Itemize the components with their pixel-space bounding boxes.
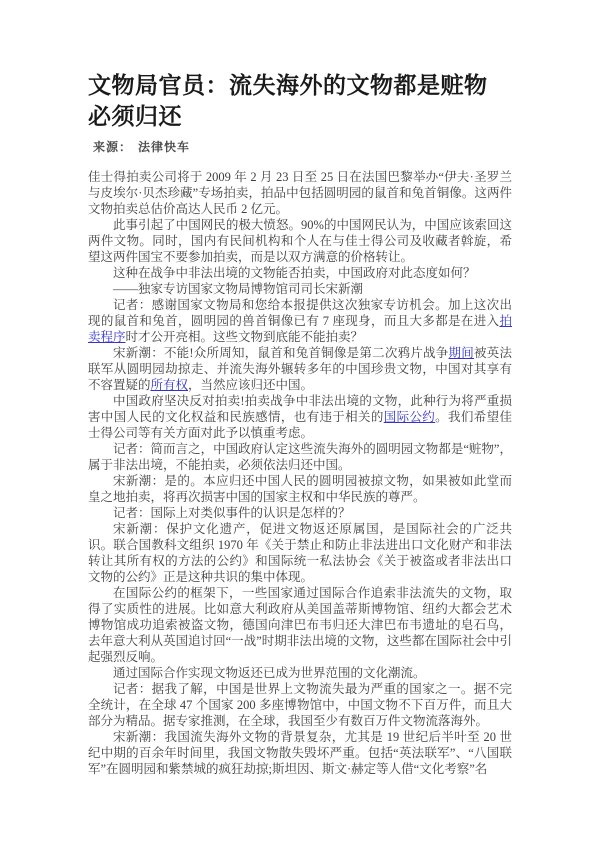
inline-link[interactable]: 所有权 <box>151 378 189 392</box>
paragraph: 宋新潮：不能!众所周知，鼠首和兔首铜像是第二次鸦片战争期间被英法联军从圆明园劫掠… <box>88 345 512 393</box>
paragraph: 记者：国际上对类似事件的认识是怎样的？ <box>88 505 512 521</box>
paragraph: 这种在战争中非法出境的文物能否拍卖，中国政府对此态度如何？ <box>88 265 512 281</box>
source-name: 法律快车 <box>138 140 190 154</box>
paragraph: 宋新潮：我国流失海外文物的背景复杂，尤其是 19 世纪后半叶至 20 世纪中期的… <box>88 729 512 777</box>
paragraph: 通过国际合作实现文物返还已成为世界范围的文化潮流。 <box>88 665 512 681</box>
text-segment: 时才公开亮相。这些文物到底能不能拍卖？ <box>126 330 364 344</box>
paragraph: 记者：感谢国家文物局和您给本报提供这次独家专访机会。加上这次出现的鼠首和兔首，圆… <box>88 297 512 345</box>
paragraph: 宋新潮：保护文化遗产，促进文物返还原属国，是国际社会的广泛共识。联合国教科文组织… <box>88 521 512 585</box>
text-segment: ，当然应该归还中国。 <box>188 378 313 392</box>
source-label: 来源： <box>93 140 132 154</box>
paragraph: 中国政府坚决反对拍卖!拍卖战争中非法出境的文物，此种行为将严重损害中国人民的文化… <box>88 393 512 441</box>
text-segment: 记者：据我了解，中国是世界上文物流失最为严重的国家之一。据不完全统计，在全球 4… <box>88 682 512 728</box>
text-segment: 这种在战争中非法出境的文物能否拍卖，中国政府对此态度如何？ <box>113 266 476 280</box>
article-content: 文物局官员：流失海外的文物都是赃物 必须归还 来源：法律快车 佳士得拍卖公司将于… <box>88 70 512 777</box>
document-page: 文物局官员：流失海外的文物都是赃物 必须归还 来源：法律快车 佳士得拍卖公司将于… <box>0 0 595 842</box>
inline-link[interactable]: 期间 <box>449 346 474 360</box>
page-title-line-2: 必须归还 <box>88 101 512 132</box>
paragraph: 记者：据我了解，中国是世界上文物流失最为严重的国家之一。据不完全统计，在全球 4… <box>88 681 512 729</box>
text-segment: ——独家专访国家文物局博物馆司司长宋新潮 <box>113 282 363 296</box>
paragraph: 此事引起了中国网民的极大愤怒。90%的中国网民认为，中国应该索回这两件文物。同时… <box>88 217 512 265</box>
text-segment: 记者：感谢国家文物局和您给本报提供这次独家专访机会。加上这次出现的鼠首和兔首，圆… <box>88 298 512 328</box>
paragraph: 佳士得拍卖公司将于 2009 年 2 月 23 日至 25 日在法国巴黎举办“伊… <box>88 169 512 217</box>
text-segment: 宋新潮：是的。本应归还中国人民的圆明园被掠文物，如果被如此堂而皇之地拍卖，将再次… <box>88 474 512 504</box>
page-title: 文物局官员：流失海外的文物都是赃物 必须归还 <box>88 70 512 132</box>
paragraph: ——独家专访国家文物局博物馆司司长宋新潮 <box>88 281 512 297</box>
page-title-line-1: 文物局官员：流失海外的文物都是赃物 <box>88 70 512 101</box>
text-segment: 记者：国际上对类似事件的认识是怎样的？ <box>113 506 351 520</box>
inline-link[interactable]: 国际公约 <box>384 410 435 424</box>
paragraph: 记者：简而言之，中国政府认定这些流失海外的圆明园文物都是“赃物”，属于非法出境，… <box>88 441 512 473</box>
text-segment: 宋新潮：我国流失海外文物的背景复杂，尤其是 19 世纪后半叶至 20 世纪中期的… <box>88 730 512 776</box>
paragraph: 宋新潮：是的。本应归还中国人民的圆明园被掠文物，如果被如此堂而皇之地拍卖，将再次… <box>88 473 512 505</box>
source-line: 来源：法律快车 <box>93 138 512 155</box>
text-segment: 佳士得拍卖公司将于 2009 年 2 月 23 日至 25 日在法国巴黎举办“伊… <box>88 170 512 216</box>
text-segment: 宋新潮：不能!众所周知，鼠首和兔首铜像是第二次鸦片战争 <box>113 346 449 360</box>
article-body: 佳士得拍卖公司将于 2009 年 2 月 23 日至 25 日在法国巴黎举办“伊… <box>88 169 512 777</box>
text-segment: 在国际公约的框架下，一些国家通过国际合作追索非法流失的文物，取得了实质性的进展。… <box>88 586 512 664</box>
text-segment: 宋新潮：保护文化遗产，促进文物返还原属国，是国际社会的广泛共识。联合国教科文组织… <box>88 522 512 584</box>
text-segment: 通过国际合作实现文物返还已成为世界范围的文化潮流。 <box>113 666 426 680</box>
paragraph: 在国际公约的框架下，一些国家通过国际合作追索非法流失的文物，取得了实质性的进展。… <box>88 585 512 665</box>
text-segment: 此事引起了中国网民的极大愤怒。90%的中国网民认为，中国应该索回这两件文物。同时… <box>88 218 512 264</box>
text-segment: 记者：简而言之，中国政府认定这些流失海外的圆明园文物都是“赃物”，属于非法出境，… <box>88 442 512 472</box>
